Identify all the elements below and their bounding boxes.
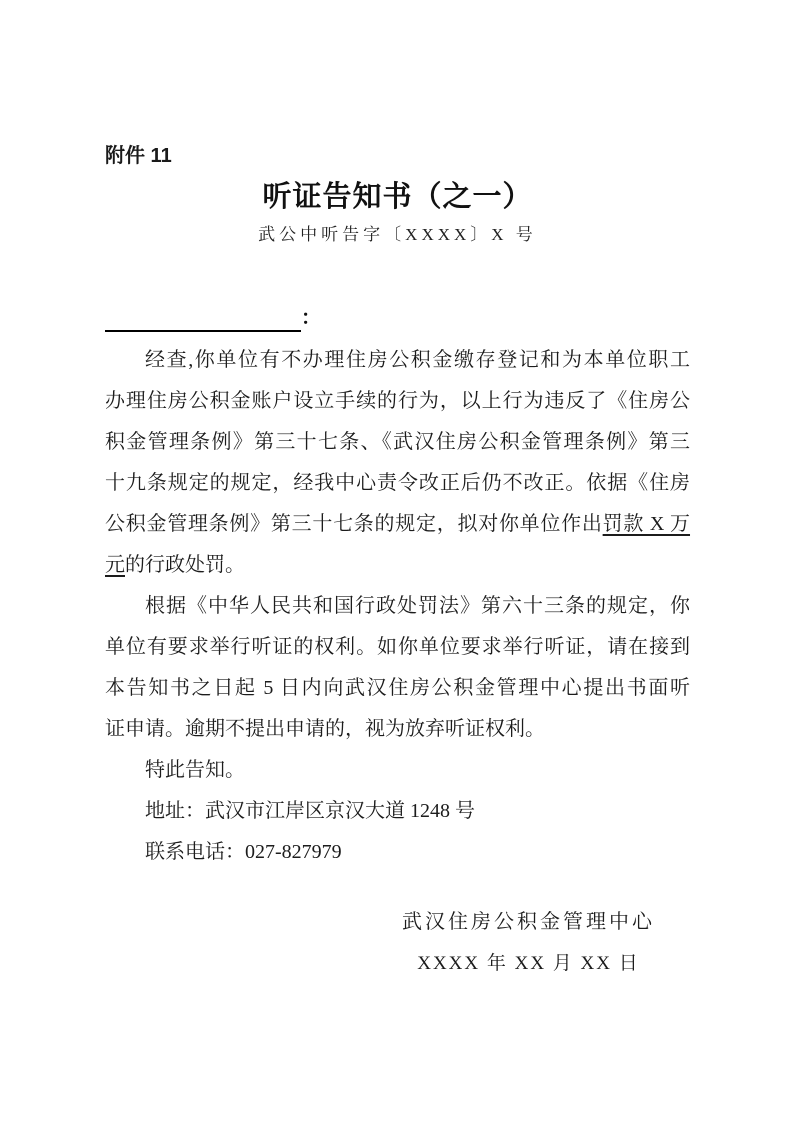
penalty-unit-underlined: 元 bbox=[105, 554, 125, 576]
paragraph-1-line-1: 经查,你单位有不办理住房公积金缴存登记和为本单位职工 bbox=[105, 340, 690, 381]
recipient-blank-underline bbox=[105, 308, 301, 332]
paragraph-1-line-5-text: 公积金管理条例》第三十七条的规定，拟对你单位作出 bbox=[105, 513, 603, 535]
paragraph-2-line-2: 单位有要求举行听证的权利。如你单位要求举行听证，请在接到 bbox=[105, 627, 690, 668]
document-page: 附件 11 听证告知书（之一） 武公中听告字〔XXXX〕X 号 ： 经查,你单位… bbox=[0, 0, 793, 1122]
document-body: 经查,你单位有不办理住房公积金缴存登记和为本单位职工 办理住房公积金账户设立手续… bbox=[105, 340, 690, 873]
document-number: 武公中听告字〔XXXX〕X 号 bbox=[105, 222, 690, 248]
paragraph-2-line-1: 根据《中华人民共和国行政处罚法》第六十三条的规定，你 bbox=[105, 586, 690, 627]
attachment-label: 附件 11 bbox=[105, 143, 690, 169]
paragraph-1-line-6: 元的行政处罚。 bbox=[105, 545, 690, 586]
paragraph-1: 经查,你单位有不办理住房公积金缴存登记和为本单位职工 办理住房公积金账户设立手续… bbox=[105, 340, 690, 586]
penalty-amount-underlined: 罚款 X 万 bbox=[603, 513, 690, 535]
paragraph-2-line-4: 证申请。逾期不提出申请的，视为放弃听证权利。 bbox=[105, 709, 690, 750]
paragraph-2: 根据《中华人民共和国行政处罚法》第六十三条的规定，你 单位有要求举行听证的权利。… bbox=[105, 586, 690, 750]
recipient-line: ： bbox=[105, 304, 690, 332]
paragraph-1-line-2: 办理住房公积金账户设立手续的行为，以上行为违反了《住房公 bbox=[105, 381, 690, 422]
paragraph-1-line-6-text: 的行政处罚。 bbox=[125, 554, 245, 576]
recipient-colon: ： bbox=[301, 304, 321, 332]
phone-line: 联系电话：027-827979 bbox=[105, 832, 690, 873]
notice-line: 特此告知。 bbox=[105, 750, 690, 791]
paragraph-1-line-3: 积金管理条例》第三十七条、《武汉住房公积金管理条例》第三 bbox=[105, 422, 690, 463]
signature-block: 武汉住房公积金管理中心 XXXX 年 XX 月 XX 日 bbox=[402, 901, 655, 985]
signature-organization: 武汉住房公积金管理中心 bbox=[402, 901, 655, 943]
signature-date: XXXX 年 XX 月 XX 日 bbox=[402, 943, 655, 985]
paragraph-2-line-3: 本告知书之日起 5 日内向武汉住房公积金管理中心提出书面听 bbox=[105, 668, 690, 709]
paragraph-1-line-5: 公积金管理条例》第三十七条的规定，拟对你单位作出罚款 X 万 bbox=[105, 504, 690, 545]
address-line: 地址：武汉市江岸区京汉大道 1248 号 bbox=[105, 791, 690, 832]
paragraph-1-line-4: 十九条规定的规定，经我中心责令改正后仍不改正。依据《住房 bbox=[105, 463, 690, 504]
document-title: 听证告知书（之一） bbox=[105, 179, 690, 215]
